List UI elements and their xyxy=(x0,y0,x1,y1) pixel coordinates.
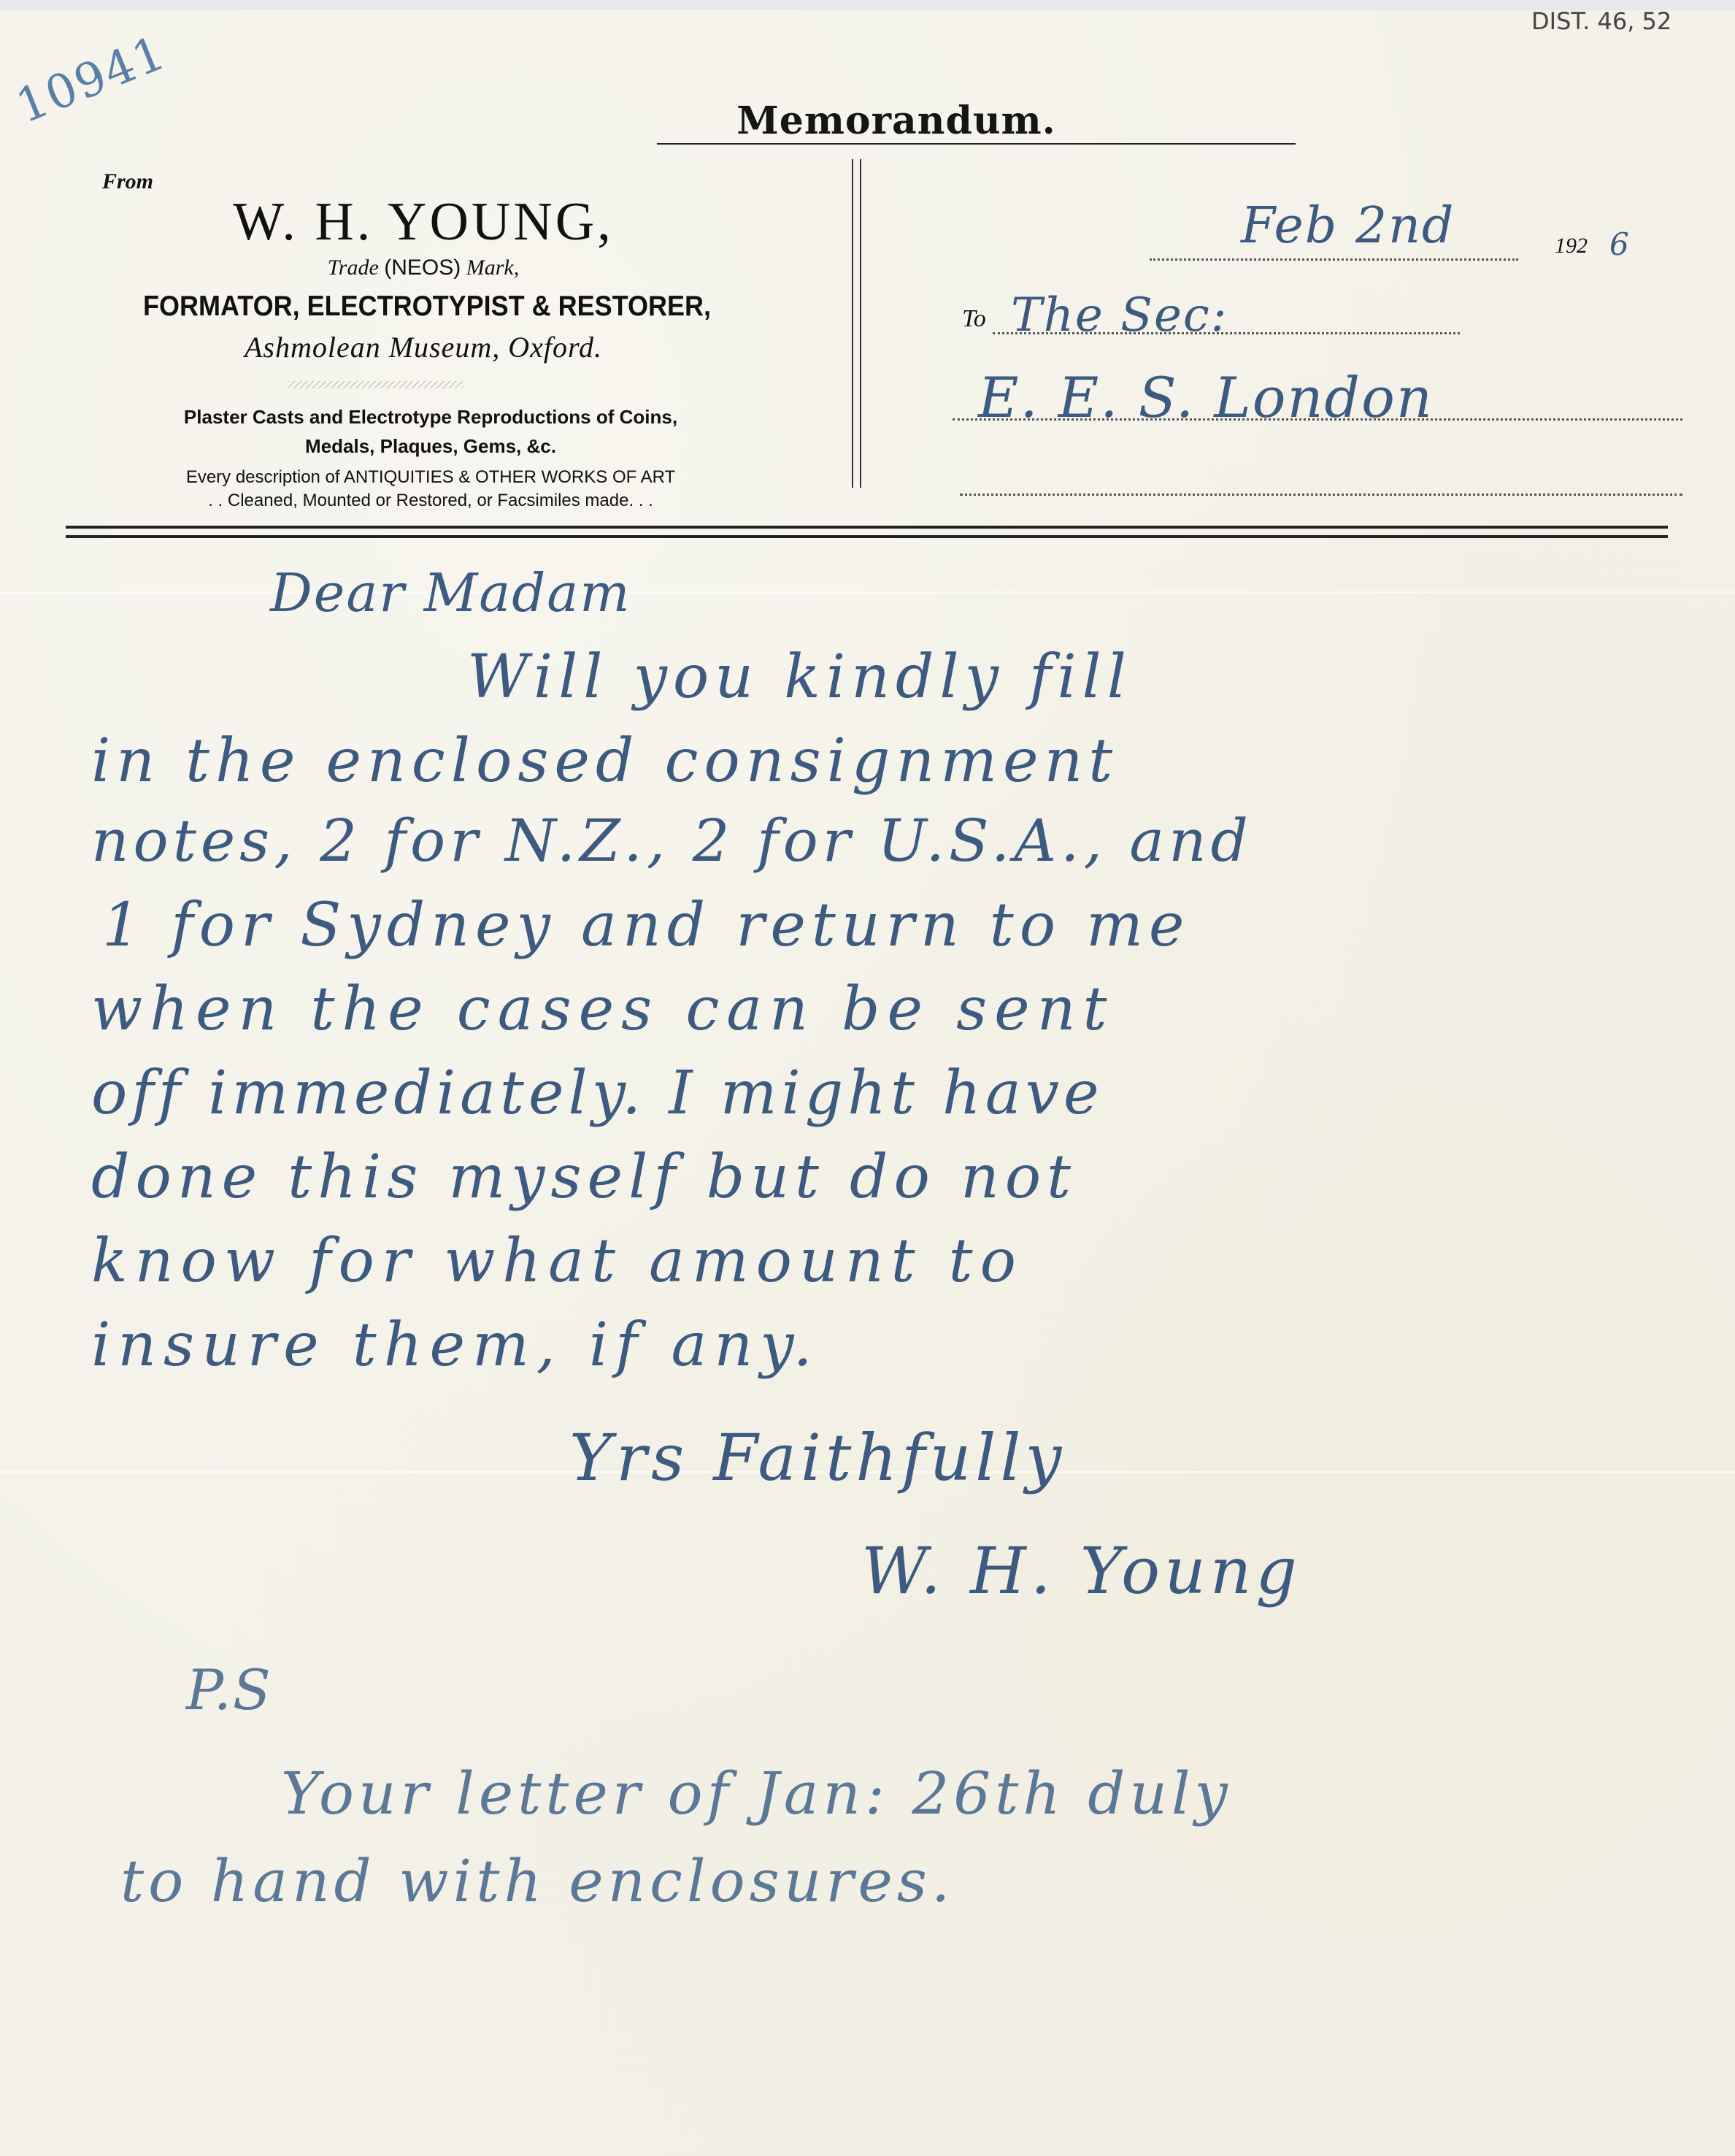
services-line: Plaster Casts and Electrotype Reproducti… xyxy=(95,406,766,429)
sender-location: Ashmolean Museum, Oxford. xyxy=(95,330,752,364)
year-handwritten: 6 xyxy=(1609,226,1631,262)
body-line: insure them, if any. xyxy=(91,1311,820,1380)
date-handwritten: Feb 2nd xyxy=(1241,197,1455,255)
to-label: To xyxy=(962,305,986,333)
services-line: Every description of ANTIQUITIES & OTHER… xyxy=(95,467,766,488)
header-double-rule xyxy=(66,526,1668,529)
decorative-wavy-rule xyxy=(288,381,463,388)
services-line: Medals, Plaques, Gems, &c. xyxy=(95,435,766,458)
postscript-label: P.S xyxy=(186,1657,272,1722)
trademark-line: Trade (NEOS) Mark, xyxy=(95,256,752,280)
body-line: know for what amount to xyxy=(91,1227,1023,1296)
body-line: Will you kindly fill xyxy=(467,642,1132,712)
archive-reference-mark: DIST. 46, 52 xyxy=(1531,7,1671,35)
body-line: in the enclosed consignment xyxy=(91,726,1118,796)
sender-name: W. H. YOUNG, xyxy=(95,191,752,253)
services-line: . . Cleaned, Mounted or Restored, or Fac… xyxy=(95,491,766,511)
closing: Yrs Faithfully xyxy=(569,1420,1066,1495)
title-rule xyxy=(657,143,1296,145)
year-printed: 192 xyxy=(1555,234,1588,258)
signature: W. H. Young xyxy=(861,1533,1301,1608)
header-divider xyxy=(860,159,861,488)
recipient-dotted-line xyxy=(953,418,1682,421)
body-line: notes, 2 for N.Z., 2 for U.S.A., and xyxy=(91,807,1253,875)
recipient-dotted-line xyxy=(993,332,1460,334)
date-dotted-line xyxy=(1150,258,1518,261)
header-double-rule xyxy=(66,535,1668,538)
salutation: Dear Madam xyxy=(270,562,631,624)
header-divider xyxy=(852,159,853,488)
trademark-prefix: Trade xyxy=(328,256,379,280)
recipient-dotted-line xyxy=(960,494,1682,496)
body-line: done this myself but do not xyxy=(91,1143,1077,1212)
sender-profession: FORMATOR, ELECTROTYPIST & RESTORER, xyxy=(95,289,759,322)
memorandum-title: Memorandum. xyxy=(699,99,1093,143)
body-line: when the cases can be sent xyxy=(91,975,1114,1044)
trademark-suffix: Mark, xyxy=(466,256,519,280)
from-label: From xyxy=(102,169,153,194)
body-line: 1 for Sydney and return to me xyxy=(102,891,1190,960)
postscript-line: Your letter of Jan: 26th duly xyxy=(281,1760,1232,1827)
postscript-line: to hand with enclosures. xyxy=(120,1847,954,1915)
trademark-name: (NEOS) xyxy=(384,256,461,280)
paper-fold-line xyxy=(0,591,1735,594)
scan-edge xyxy=(0,0,1735,10)
body-line: off immediately. I might have xyxy=(91,1059,1104,1128)
